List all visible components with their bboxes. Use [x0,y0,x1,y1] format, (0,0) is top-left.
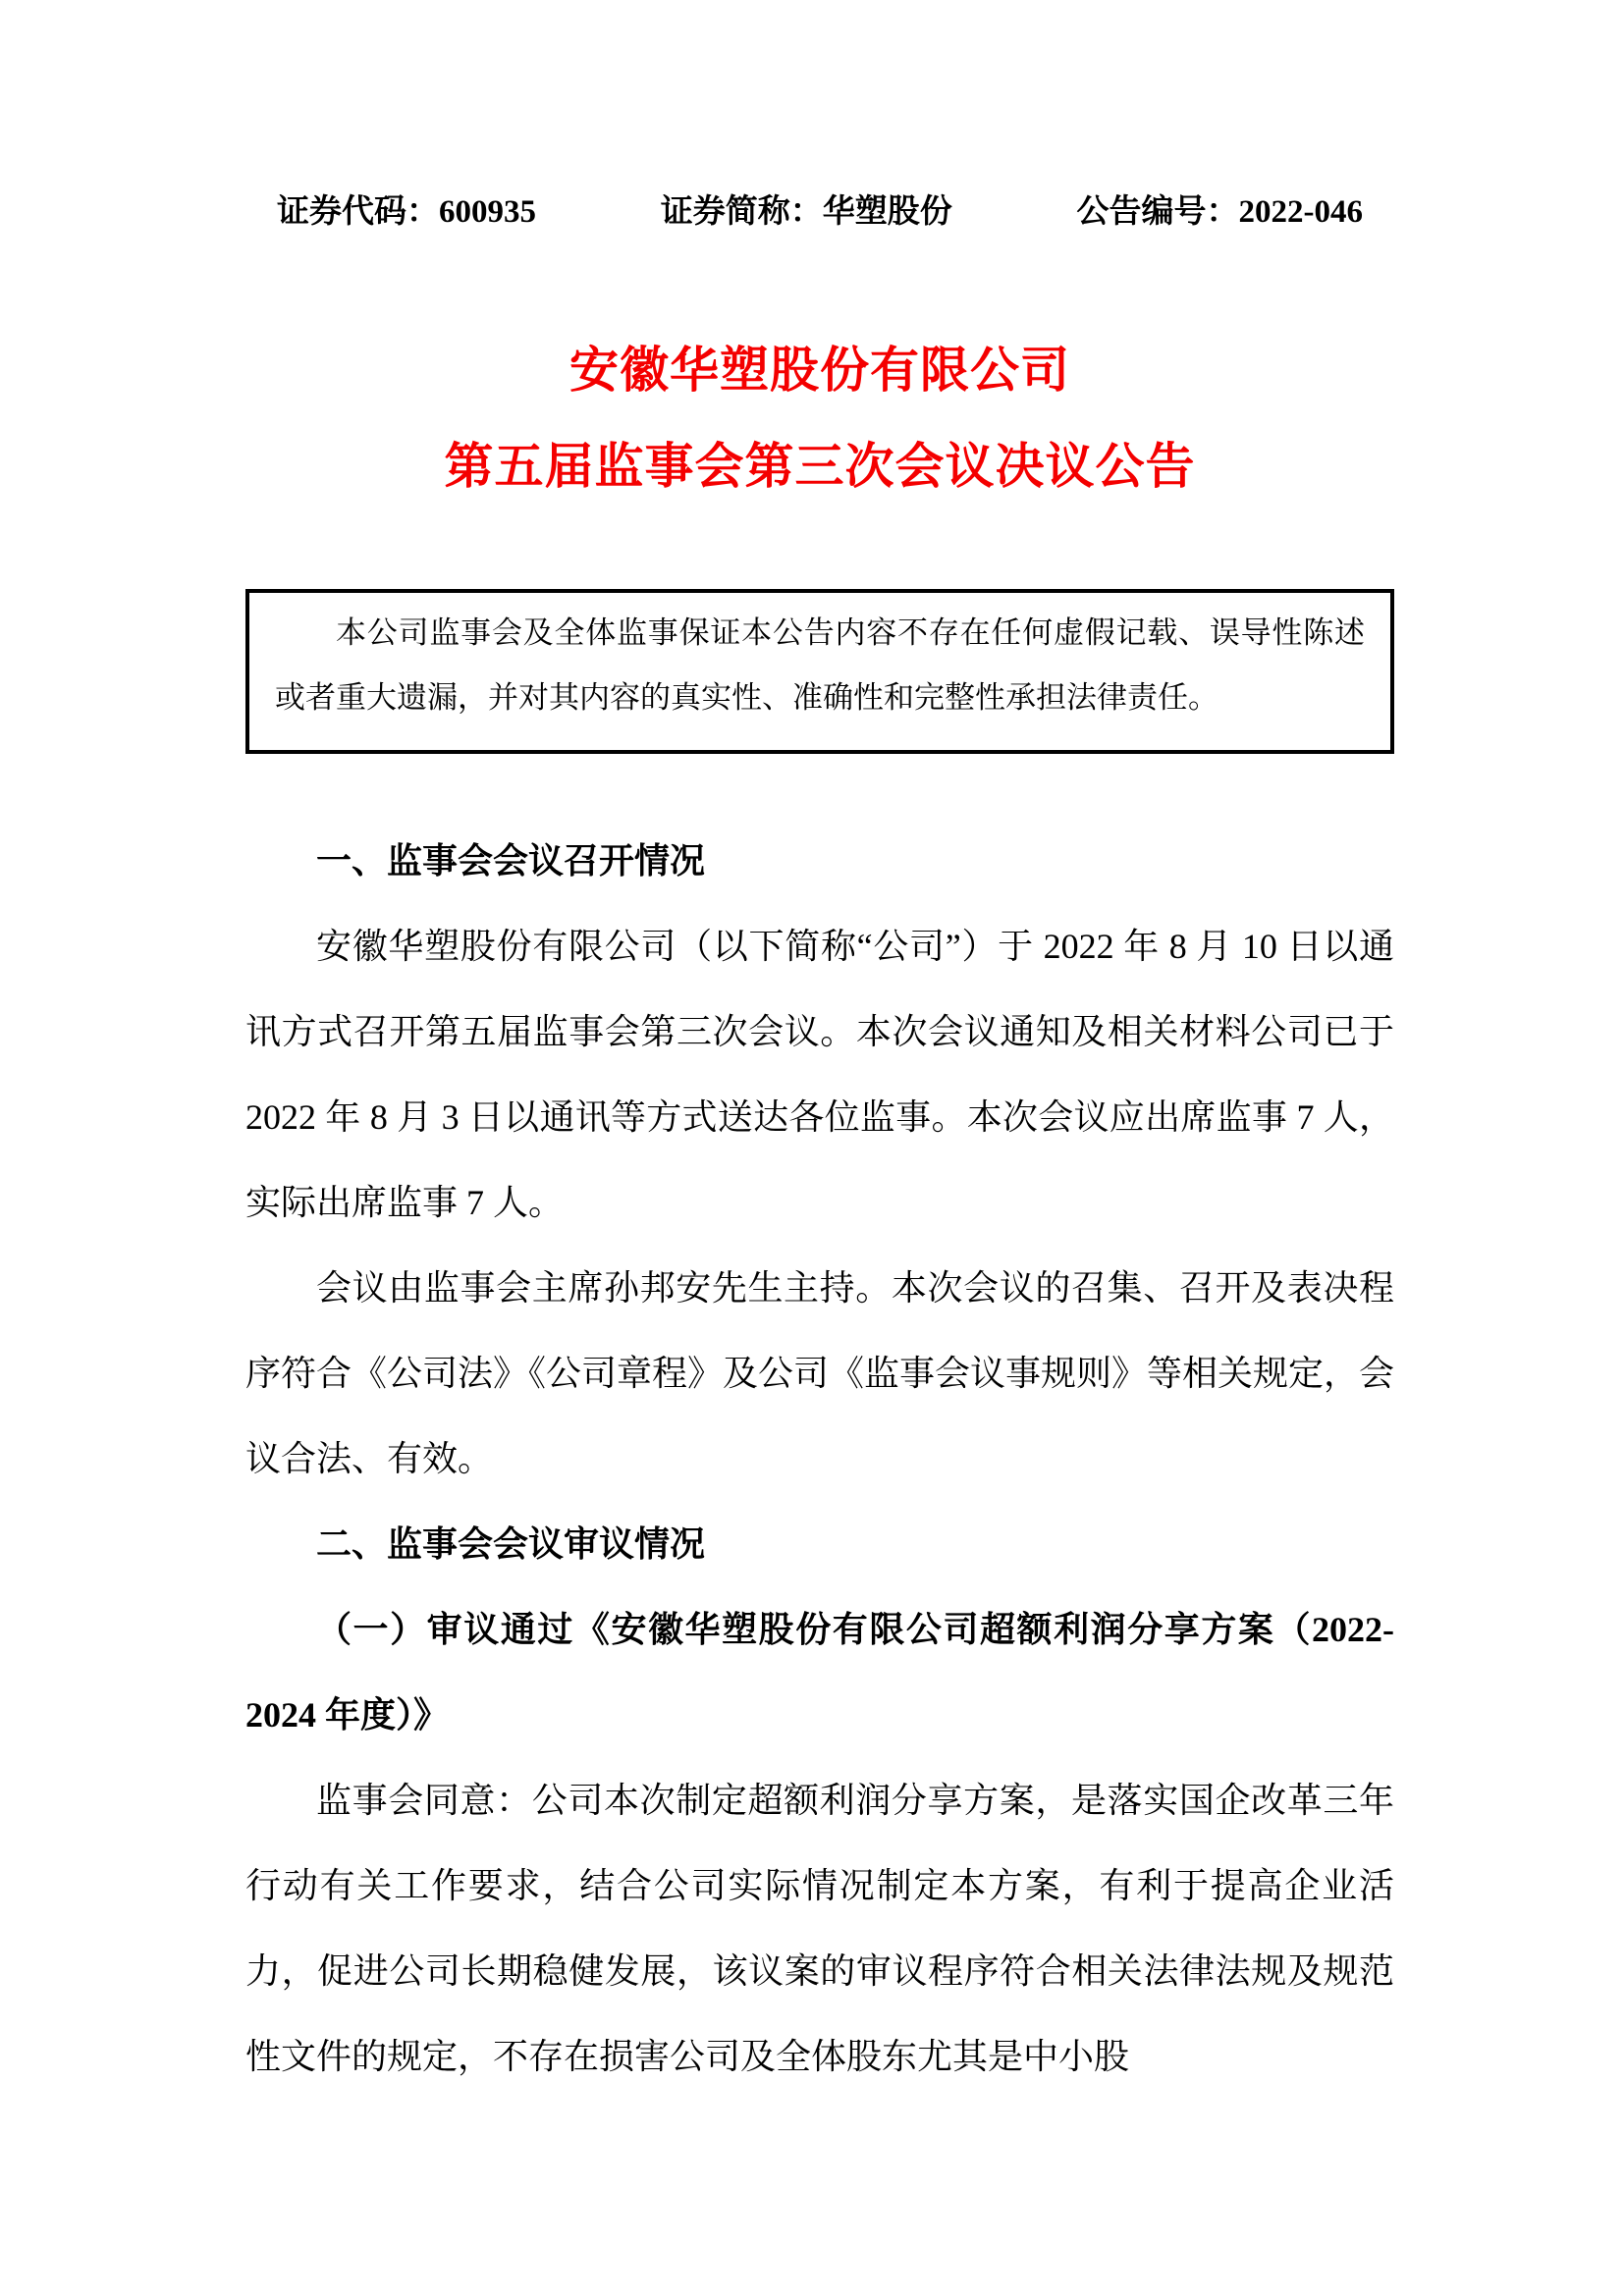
securities-info-line: 证券代码：600935 证券简称：华塑股份 公告编号：2022-046 [277,192,1363,232]
section1-heading: 一、监事会会议召开情况 [245,819,1394,904]
document-title: 安徽华塑股份有限公司 第五届监事会第三次会议决议公告 [245,322,1394,514]
section1-paragraph2: 会议由监事会主席孙邦安先生主持。本次会议的召集、召开及表决程序符合《公司法》《公… [245,1246,1394,1502]
section2-heading: 二、监事会会议审议情况 [245,1502,1394,1587]
disclaimer-box: 本公司监事会及全体监事保证本公告内容不存在任何虚假记载、误导性陈述或者重大遗漏，… [245,589,1394,754]
announcement-number: 公告编号：2022-046 [1077,192,1364,232]
disclaimer-text: 本公司监事会及全体监事保证本公告内容不存在任何虚假记载、误导性陈述或者重大遗漏，… [275,615,1365,715]
stock-short-name: 证券简称：华塑股份 [661,192,952,232]
document-body: 一、监事会会议召开情况 安徽华塑股份有限公司（以下简称“公司”）于 2022 年… [245,819,1394,2100]
section1-paragraph1: 安徽华塑股份有限公司（以下简称“公司”）于 2022 年 8 月 10 日以通讯… [245,904,1394,1246]
section2-subheading1: （一）审议通过《安徽华塑股份有限公司超额利润分享方案（2022-2024 年度）… [245,1587,1394,1758]
announcement-page: 证券代码：600935 证券简称：华塑股份 公告编号：2022-046 安徽华塑… [0,0,1624,2296]
company-name-title: 安徽华塑股份有限公司 [245,322,1394,418]
stock-code: 证券代码：600935 [277,192,536,232]
section2-paragraph1: 监事会同意：公司本次制定超额利润分享方案，是落实国企改革三年行动有关工作要求，结… [245,1758,1394,2100]
meeting-resolution-title: 第五届监事会第三次会议决议公告 [245,418,1394,514]
